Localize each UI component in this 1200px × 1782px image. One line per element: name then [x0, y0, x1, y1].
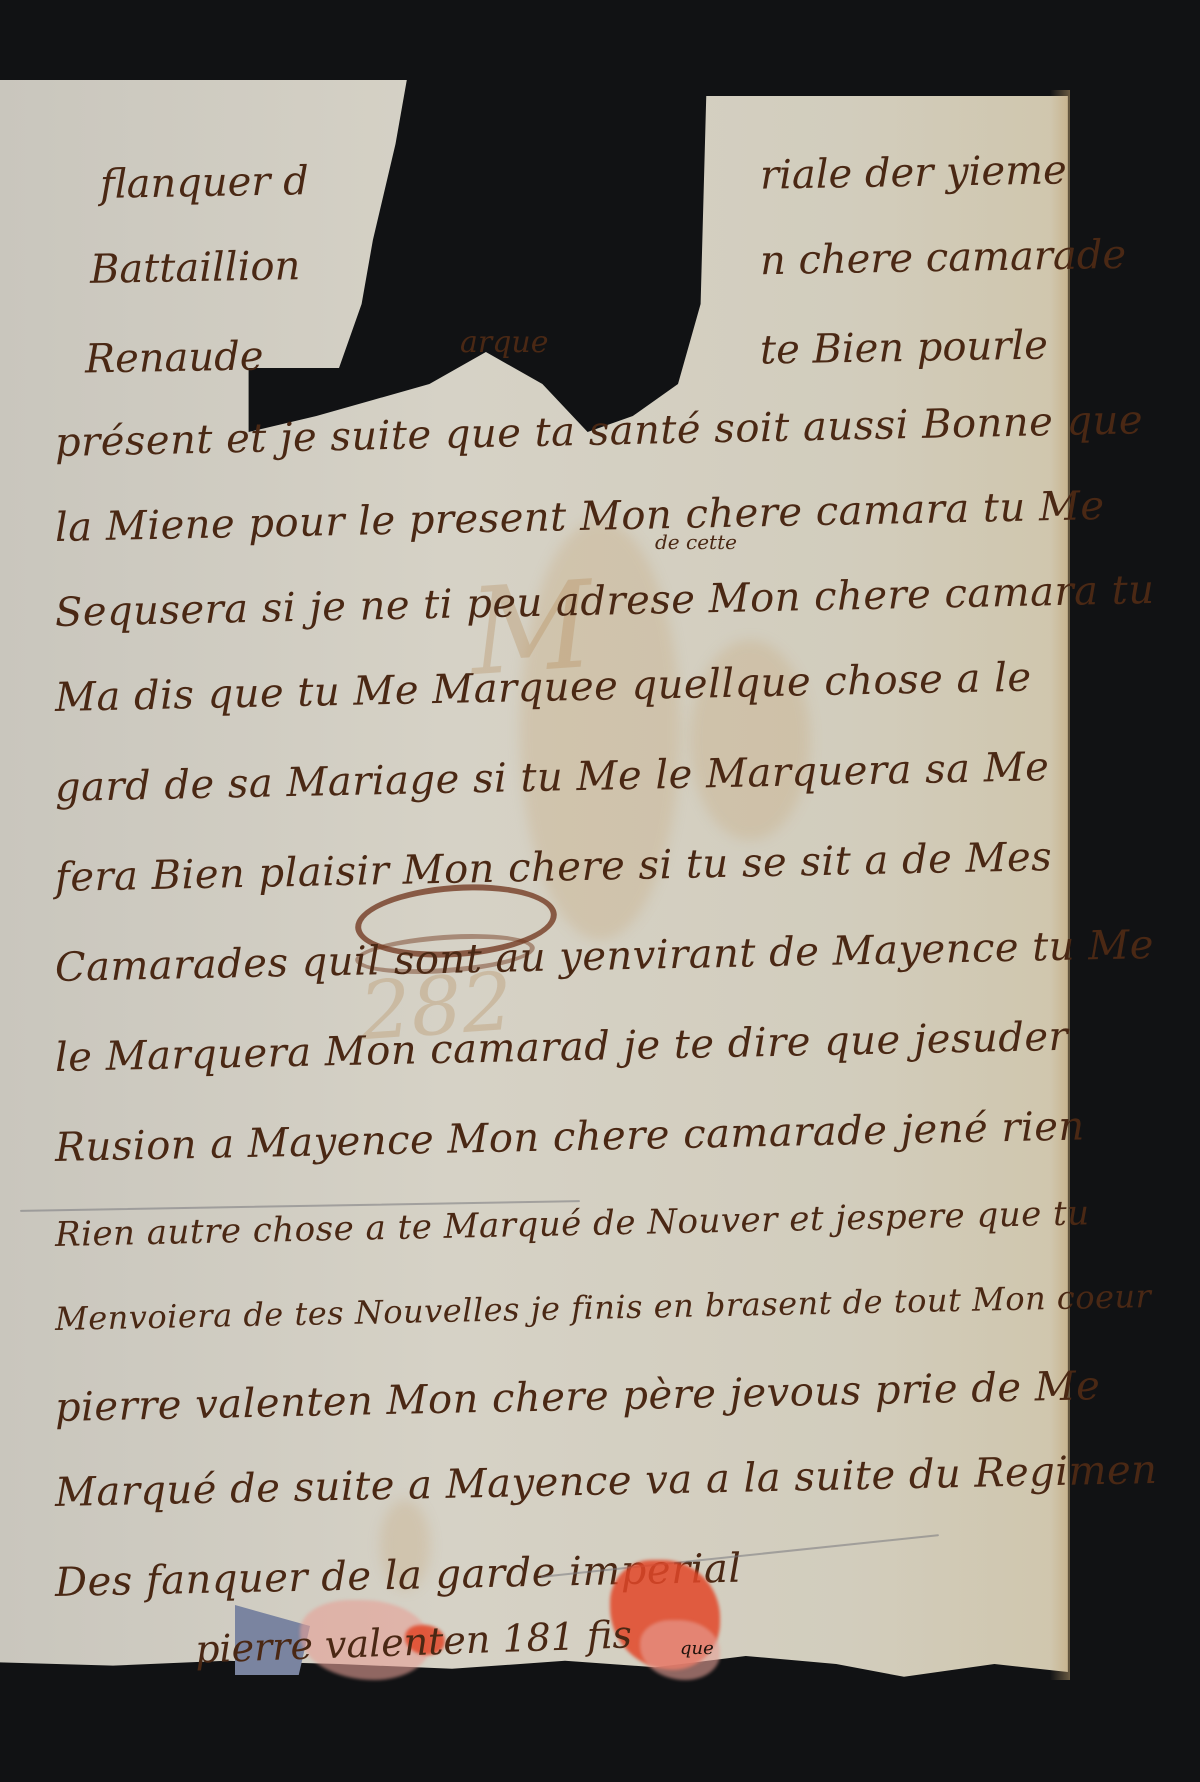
- line-3-right: te Bien pourle: [760, 322, 1049, 373]
- line-3-left: Renaude: [85, 333, 264, 382]
- line-1-left: flanquer d: [100, 158, 310, 208]
- paper-edge-yellowing: [1050, 90, 1070, 1680]
- line-2-right: n chere camarade: [760, 232, 1127, 284]
- seal-fragment-text: que: [680, 1638, 714, 1659]
- line-3-middle: arque: [460, 325, 549, 360]
- interlinear-note: de cette: [655, 530, 737, 554]
- line-2-left: Battaillion: [90, 243, 301, 293]
- line-1-right: riale der yieme: [760, 147, 1067, 198]
